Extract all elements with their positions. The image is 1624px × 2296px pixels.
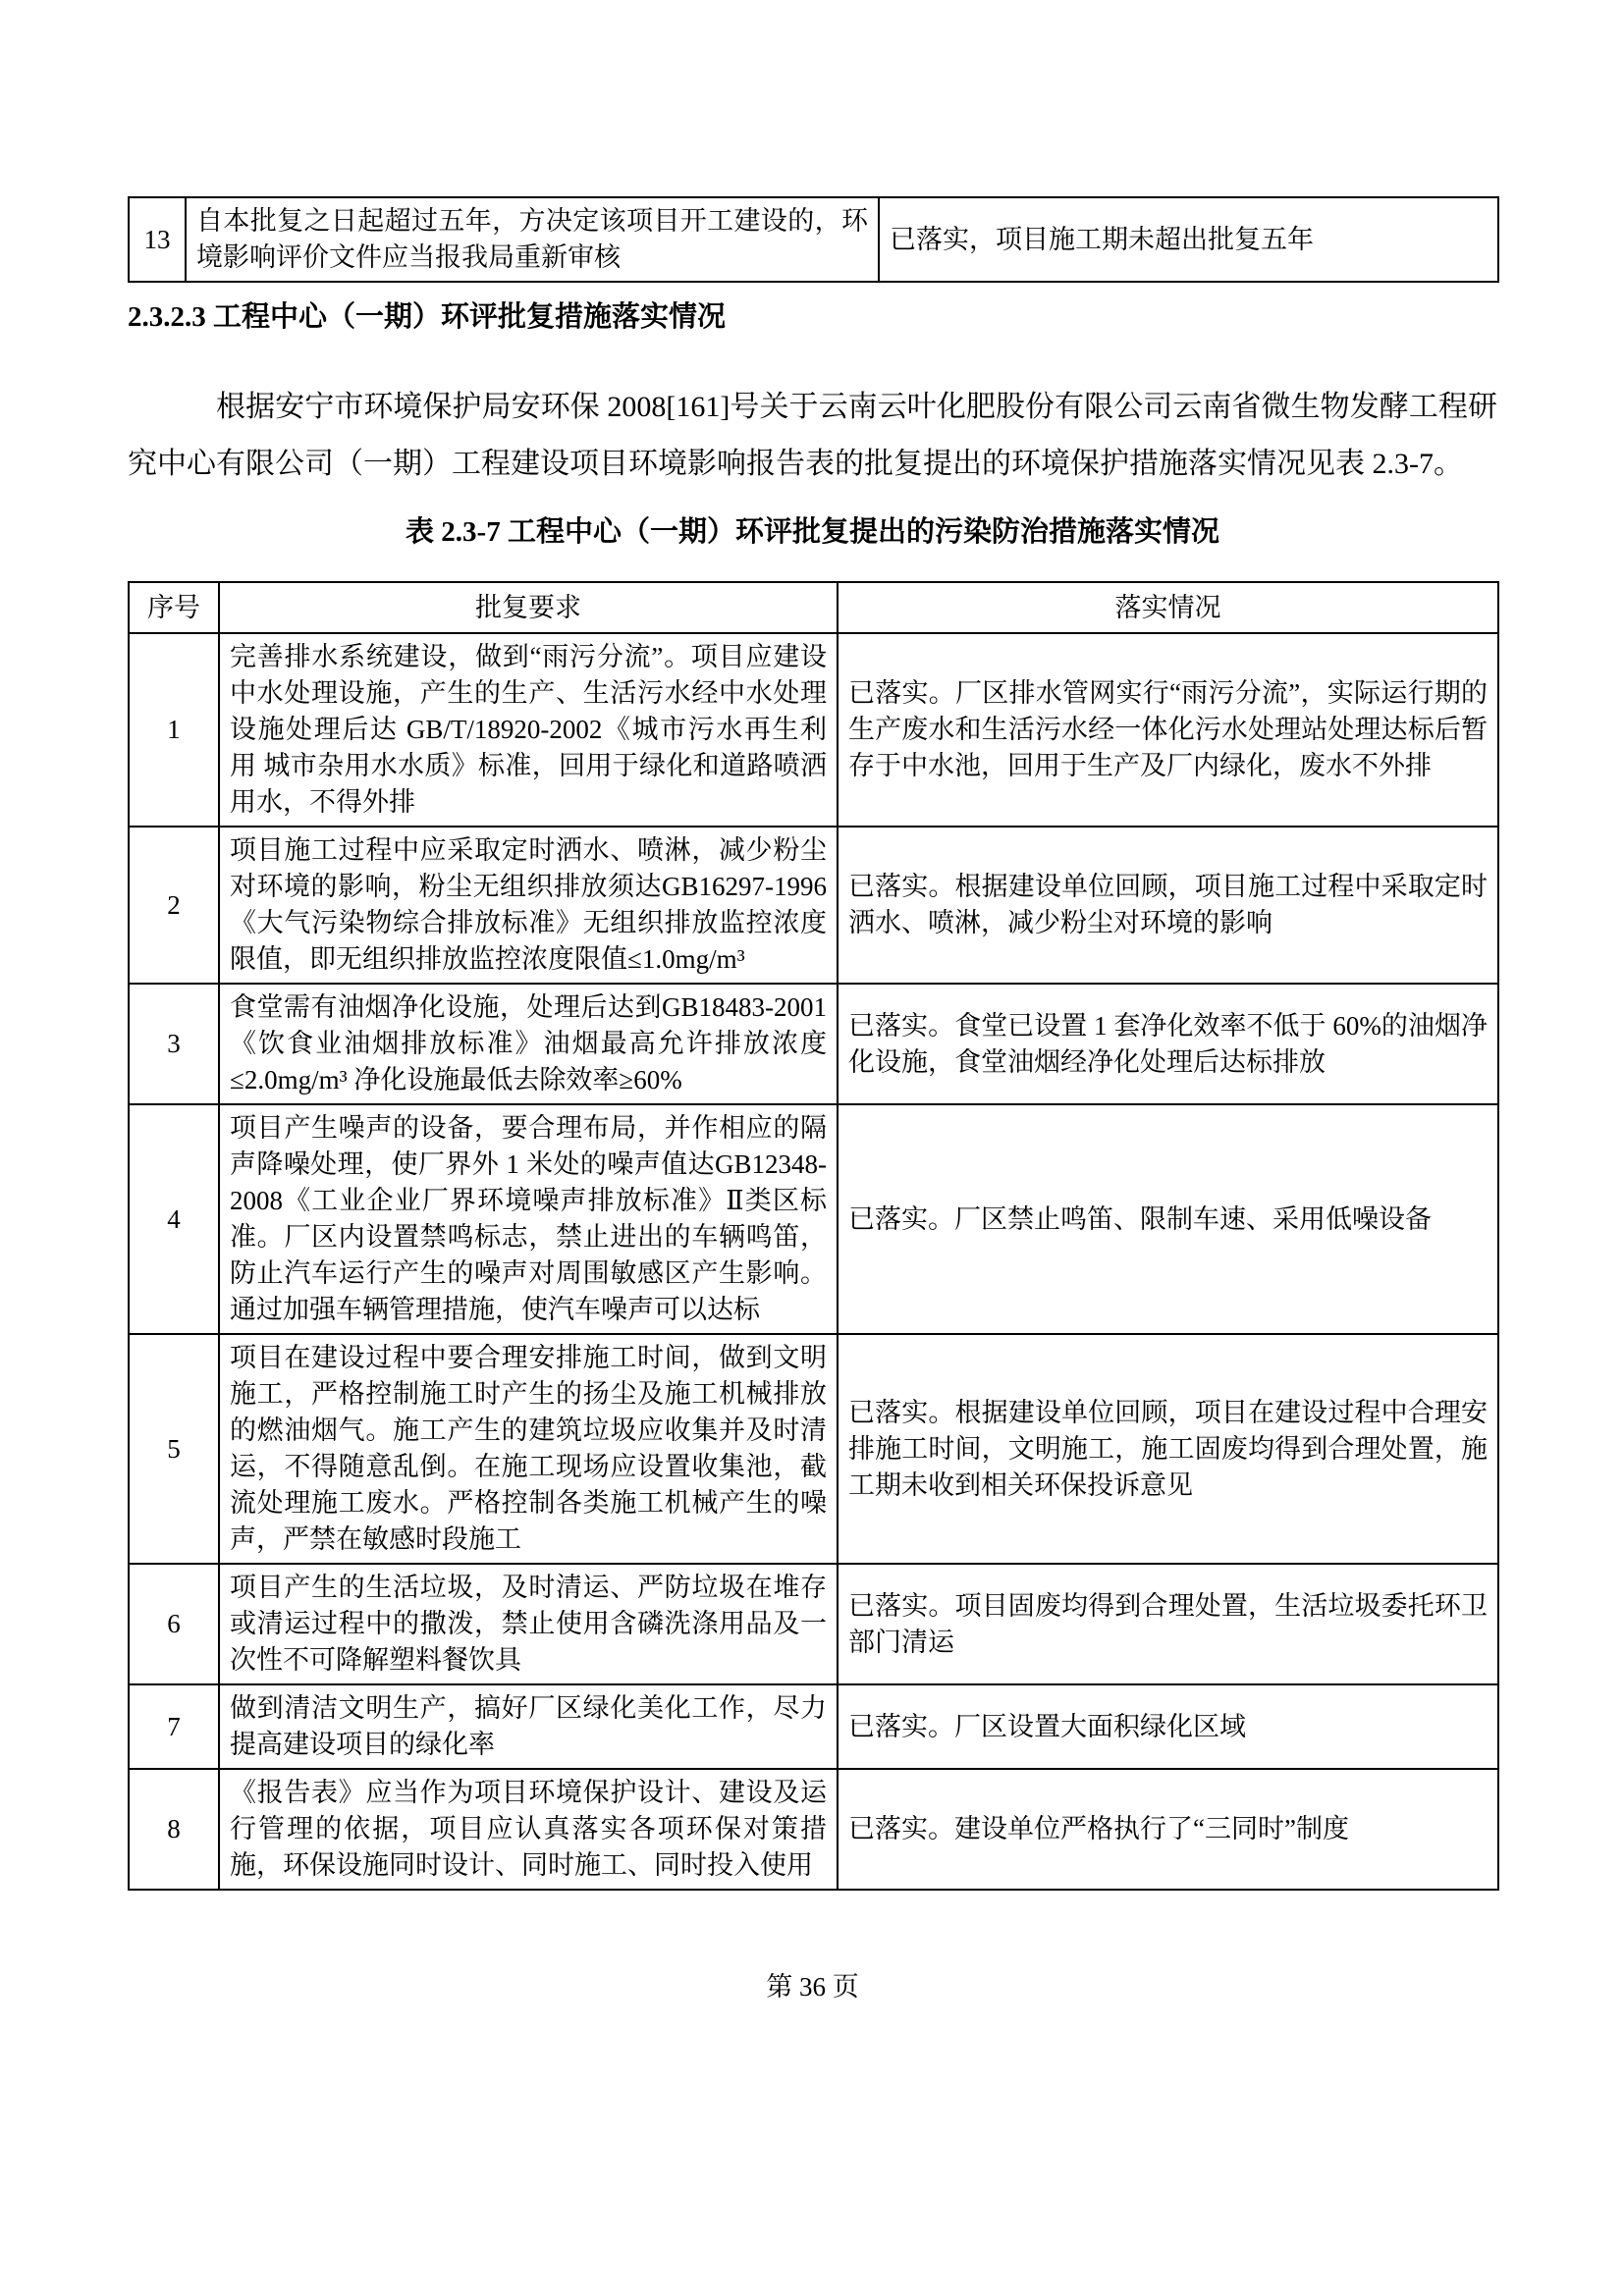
- table-row: 3食堂需有油烟净化设施，处理后达到GB18483-2001 《饮食业油烟排放标准…: [129, 984, 1498, 1104]
- requirement-cell: 项目施工过程中应采取定时洒水、喷淋，减少粉尘对环境的影响，粉尘无组织排放须达GB…: [219, 827, 838, 984]
- continuation-table: 13自本批复之日起超过五年，方决定该项目开工建设的，环境影响评价文件应当报我局重…: [128, 196, 1499, 283]
- requirement-cell: 做到清洁文明生产，搞好厂区绿化美化工作，尽力提高建设项目的绿化率: [219, 1684, 838, 1769]
- header-row: 序号 批复要求 落实情况: [129, 582, 1498, 633]
- row-number-cell: 3: [129, 984, 219, 1104]
- row-number-cell: 7: [129, 1684, 219, 1769]
- table-row: 7做到清洁文明生产，搞好厂区绿化美化工作，尽力提高建设项目的绿化率已落实。厂区设…: [129, 1684, 1498, 1769]
- requirement-cell: 项目在建设过程中要合理安排施工时间，做到文明施工，严格控制施工时产生的扬尘及施工…: [219, 1334, 838, 1564]
- implementation-cell: 已落实。根据建设单位回顾，项目在建设过程中合理安排施工时间，文明施工，施工固废均…: [838, 1334, 1498, 1564]
- row-number-cell: 1: [129, 633, 219, 827]
- row-number-cell: 13: [129, 197, 186, 282]
- page-number: 第 36 页: [128, 1969, 1497, 2004]
- row-number-cell: 2: [129, 827, 219, 984]
- header-cell-no: 序号: [129, 582, 219, 633]
- row-number-cell: 8: [129, 1769, 219, 1890]
- implementation-cell: 已落实，项目施工期未超出批复五年: [879, 197, 1498, 282]
- document-page: 13自本批复之日起超过五年，方决定该项目开工建设的，环境影响评价文件应当报我局重…: [0, 0, 1624, 2296]
- implementation-cell: 已落实。厂区排水管网实行“雨污分流”，实际运行期的生产废水和生活污水经一体化污水…: [838, 633, 1498, 827]
- header-cell-implementation: 落实情况: [838, 582, 1498, 633]
- row-number-cell: 5: [129, 1334, 219, 1564]
- table-row: 8《报告表》应当作为项目环境保护设计、建设及运行管理的依据，项目应认真落实各项环…: [129, 1769, 1498, 1890]
- table-row: 5项目在建设过程中要合理安排施工时间，做到文明施工，严格控制施工时产生的扬尘及施…: [129, 1334, 1498, 1564]
- implementation-cell: 已落实。根据建设单位回顾，项目施工过程中采取定时洒水、喷淋，减少粉尘对环境的影响: [838, 827, 1498, 984]
- measures-table-head: 序号 批复要求 落实情况: [129, 582, 1498, 633]
- implementation-cell: 已落实。厂区设置大面积绿化区域: [838, 1684, 1498, 1769]
- page-content: 13自本批复之日起超过五年，方决定该项目开工建设的，环境影响评价文件应当报我局重…: [128, 196, 1497, 2004]
- header-cell-requirement: 批复要求: [219, 582, 838, 633]
- implementation-cell: 已落实。厂区禁止鸣笛、限制车速、采用低噪设备: [838, 1104, 1498, 1334]
- requirement-cell: 项目产生的生活垃圾，及时清运、严防垃圾在堆存或清运过程中的撒泼，禁止使用含磷洗涤…: [219, 1564, 838, 1684]
- table-row: 6项目产生的生活垃圾，及时清运、严防垃圾在堆存或清运过程中的撒泼，禁止使用含磷洗…: [129, 1564, 1498, 1684]
- section-paragraph: 根据安宁市环境保护局安环保 2008[161]号关于云南云叶化肥股份有限公司云南…: [128, 379, 1497, 493]
- table-title: 表 2.3-7 工程中心（一期）环评批复提出的污染防治措施落实情况: [128, 512, 1497, 552]
- measures-table-body: 1完善排水系统建设，做到“雨污分流”。项目应建设中水处理设施，产生的生产、生活污…: [129, 633, 1498, 1890]
- requirement-cell: 项目产生噪声的设备，要合理布局，并作相应的隔声降噪处理，使厂界外 1 米处的噪声…: [219, 1104, 838, 1334]
- section-heading: 2.3.2.3 工程中心（一期）环评批复措施落实情况: [128, 298, 1497, 336]
- table-row: 4项目产生噪声的设备，要合理布局，并作相应的隔声降噪处理，使厂界外 1 米处的噪…: [129, 1104, 1498, 1334]
- table-row: 1完善排水系统建设，做到“雨污分流”。项目应建设中水处理设施，产生的生产、生活污…: [129, 633, 1498, 827]
- measures-table: 序号 批复要求 落实情况 1完善排水系统建设，做到“雨污分流”。项目应建设中水处…: [128, 581, 1499, 1891]
- continuation-table-body: 13自本批复之日起超过五年，方决定该项目开工建设的，环境影响评价文件应当报我局重…: [129, 197, 1498, 282]
- row-number-cell: 4: [129, 1104, 219, 1334]
- requirement-cell: 食堂需有油烟净化设施，处理后达到GB18483-2001 《饮食业油烟排放标准》…: [219, 984, 838, 1104]
- implementation-cell: 已落实。食堂已设置 1 套净化效率不低于 60%的油烟净化设施，食堂油烟经净化处…: [838, 984, 1498, 1104]
- requirement-cell: 完善排水系统建设，做到“雨污分流”。项目应建设中水处理设施，产生的生产、生活污水…: [219, 633, 838, 827]
- requirement-cell: 自本批复之日起超过五年，方决定该项目开工建设的，环境影响评价文件应当报我局重新审…: [186, 197, 879, 282]
- implementation-cell: 已落实。建设单位严格执行了“三同时”制度: [838, 1769, 1498, 1890]
- implementation-cell: 已落实。项目固废均得到合理处置，生活垃圾委托环卫部门清运: [838, 1564, 1498, 1684]
- row-number-cell: 6: [129, 1564, 219, 1684]
- table-row: 2项目施工过程中应采取定时洒水、喷淋，减少粉尘对环境的影响，粉尘无组织排放须达G…: [129, 827, 1498, 984]
- requirement-cell: 《报告表》应当作为项目环境保护设计、建设及运行管理的依据，项目应认真落实各项环保…: [219, 1769, 838, 1890]
- table-row: 13自本批复之日起超过五年，方决定该项目开工建设的，环境影响评价文件应当报我局重…: [129, 197, 1498, 282]
